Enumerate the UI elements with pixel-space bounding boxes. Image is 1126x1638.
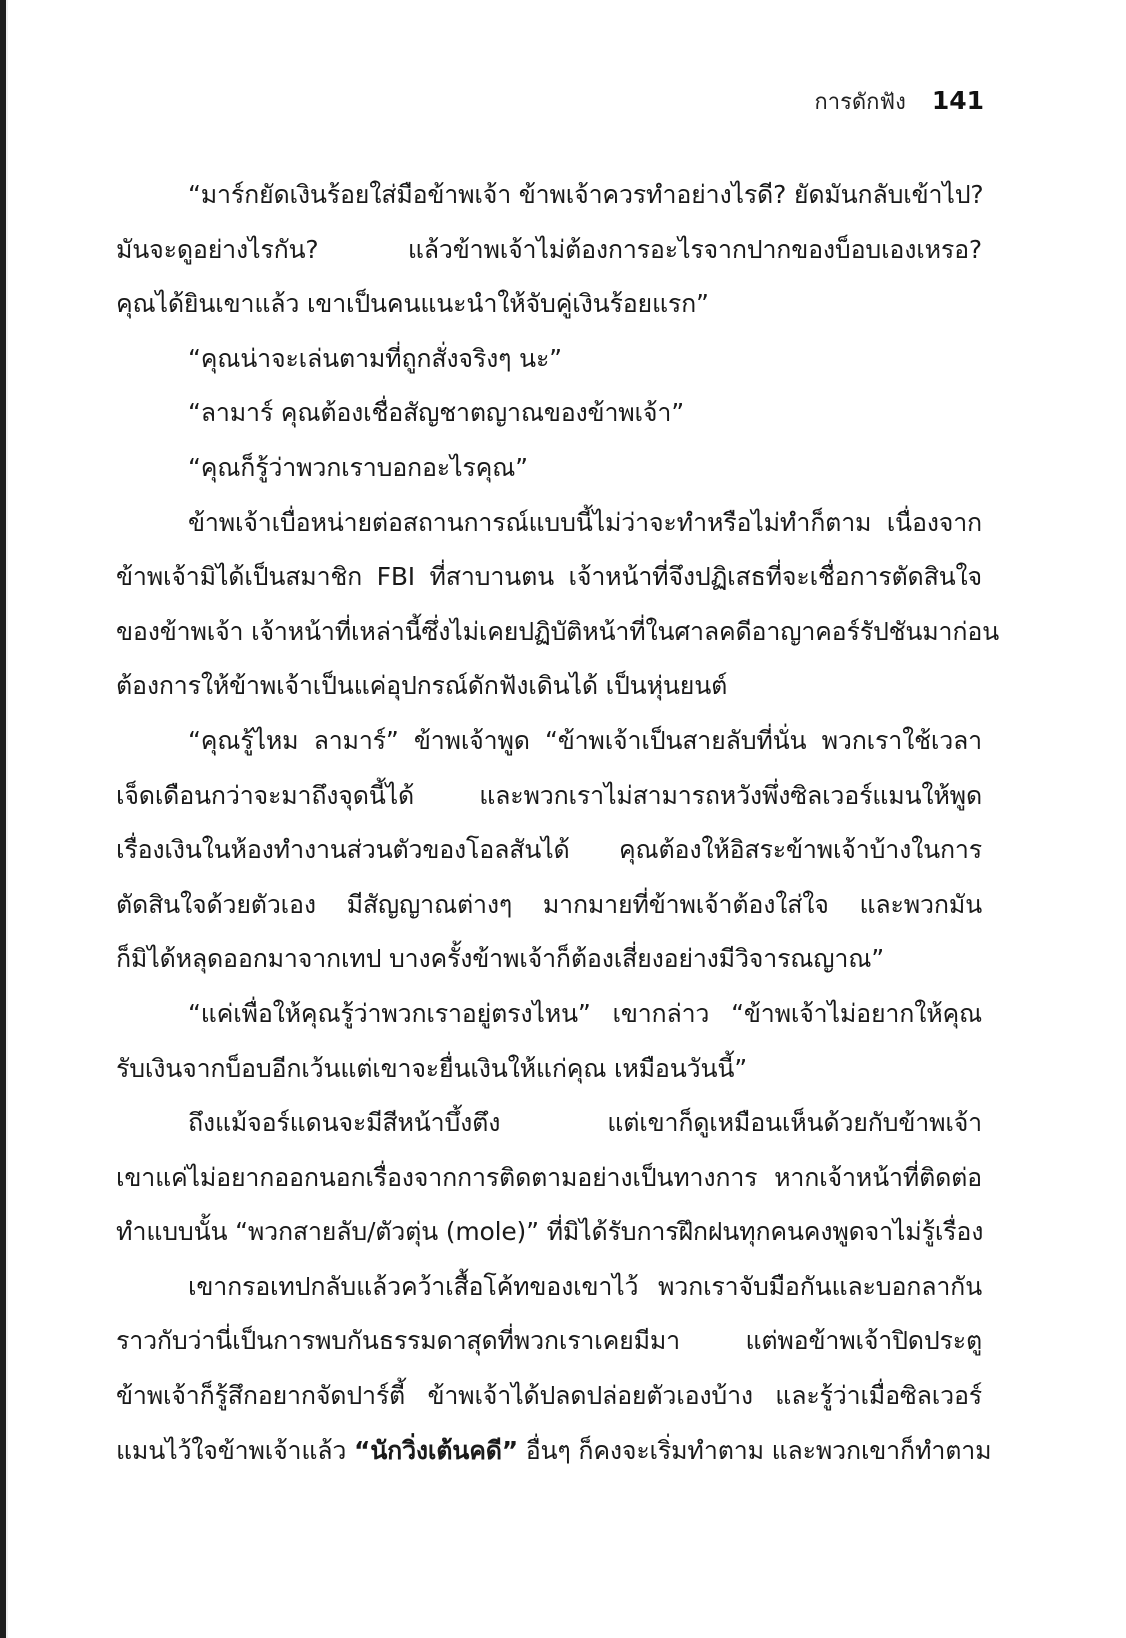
page-number: 141 <box>932 86 984 115</box>
bold-term: “นักวิ่งเต้นคดี” <box>354 1436 518 1465</box>
body-text: “มาร์กยัดเงินร้อยใส่มือข้าพเจ้า ข้าพเจ้า… <box>116 168 982 1478</box>
running-header: การดักฟัง 141 <box>814 84 984 119</box>
text-line: “มาร์กยัดเงินร้อยใส่มือข้าพเจ้า ข้าพเจ้า… <box>116 168 982 223</box>
final-line-after: อื่นๆ ก็คงจะเริ่มทำตาม และพวกเขาก็ทำตาม <box>518 1436 991 1465</box>
text-line: รับเงินจากบ็อบอีกเว้นแต่เขาจะยื่นเงินให้… <box>116 1042 982 1097</box>
text-line: เจ็ดเดือนกว่าจะมาถึงจุดนี้ได้ และพวกเราไ… <box>116 769 982 824</box>
text-line: ข้าพเจ้าก็รู้สึกอยากจัดปาร์ตี้ ข้าพเจ้าไ… <box>116 1369 982 1424</box>
text-line: เรื่องเงินในห้องทำงานส่วนตัวของโอลสันได้… <box>116 823 982 878</box>
text-line: ทำแบบนั้น “พวกสายลับ/ตัวตุ่น (mole)” ที่… <box>116 1205 982 1260</box>
text-line: ตัดสินใจด้วยตัวเอง มีสัญญาณต่างๆ มากมายท… <box>116 878 982 933</box>
text-line: ของข้าพเจ้า เจ้าหน้าที่เหล่านี้ซึ่งไม่เค… <box>116 605 982 660</box>
text-line: “คุณรู้ไหม ลามาร์” ข้าพเจ้าพูด “ข้าพเจ้า… <box>116 714 982 769</box>
text-line: ราวกับว่านี่เป็นการพบกันธรรมดาสุดที่พวกเ… <box>116 1314 982 1369</box>
text-line: “ลามาร์ คุณต้องเชื่อสัญชาตญาณของข้าพเจ้า… <box>116 386 982 441</box>
text-line: เขากรอเทปกลับแล้วคว้าเสื้อโค้ทของเขาไว้ … <box>116 1260 982 1315</box>
text-line: “คุณน่าจะเล่นตามที่ถูกสั่งจริงๆ นะ” <box>116 332 982 387</box>
text-line: ข้าพเจ้ามิได้เป็นสมาชิก FBI ที่สาบานตน เ… <box>116 550 982 605</box>
text-line: ก็มิได้หลุดออกมาจากเทป บางครั้งข้าพเจ้าก… <box>116 932 982 987</box>
page-edge-shadow <box>6 0 8 1638</box>
running-title: การดักฟัง <box>814 84 905 119</box>
text-line: “แค่เพื่อให้คุณรู้ว่าพวกเราอยู่ตรงไหน” เ… <box>116 987 982 1042</box>
text-line: เขาแค่ไม่อยากออกนอกเรื่องจากการติดตามอย่… <box>116 1151 982 1206</box>
final-line-before: แมนไว้ใจข้าพเจ้าแล้ว <box>116 1436 354 1465</box>
text-line: “คุณก็รู้ว่าพวกเราบอกอะไรคุณ” <box>116 441 982 496</box>
text-line: ถึงแม้จอร์แดนจะมีสีหน้าบึ้งตึง แต่เขาก็ด… <box>116 1096 982 1151</box>
text-line: ต้องการให้ข้าพเจ้าเป็นแค่อุปกรณ์ดักฟังเด… <box>116 659 982 714</box>
text-line-final: แมนไว้ใจข้าพเจ้าแล้ว “นักวิ่งเต้นคดี” อื… <box>116 1424 982 1479</box>
text-line: มันจะดูอย่างไรกัน? แล้วข้าพเจ้าไม่ต้องกา… <box>116 223 982 278</box>
text-line: คุณได้ยินเขาแล้ว เขาเป็นคนแนะนำให้จับคู่… <box>116 277 982 332</box>
text-line: ข้าพเจ้าเบื่อหน่ายต่อสถานการณ์แบบนี้ไม่ว… <box>116 496 982 551</box>
